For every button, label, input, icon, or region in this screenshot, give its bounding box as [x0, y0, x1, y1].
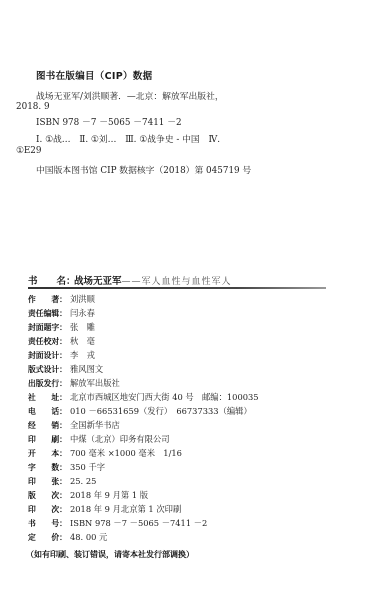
colophon-row-address: 社 址：北京市西城区地安门西大街 40 号 邮编：100035	[28, 391, 259, 403]
colophon-row-proofreader: 责任校对：秋 毫	[28, 335, 95, 347]
colophon-row-edition: 版 次：2018 年 9 月第 1 版	[28, 489, 148, 501]
colophon-row-sheets: 印 张：25. 25	[28, 475, 96, 487]
cip-line-subjects: Ⅰ. ①战… Ⅱ. ①刘… Ⅲ. ①战争史 - 中国 Ⅳ.	[36, 132, 220, 145]
colophon-row-distributor: 经 销：全国新华书店	[28, 419, 120, 431]
colophon-row-printing: 印 次：2018 年 9 月北京第 1 次印刷	[28, 503, 181, 515]
colophon-row-word-count: 字 数：350 千字	[28, 461, 105, 473]
title-divider	[28, 287, 326, 289]
colophon-row-cover-design: 封面设计：李 戎	[28, 349, 95, 361]
colophon-row-publisher: 出版发行：解放军出版社	[28, 377, 120, 389]
cip-line-date: 2018. 9	[16, 102, 50, 112]
colophon-row-isbn: 书 号：ISBN 978 －7 －5065 －7411 －2	[28, 517, 207, 529]
book-title-row: 书 名：战场无亚军——军人血性与血性军人	[28, 273, 232, 287]
colophon-row-author: 作 著：刘洪顺	[28, 293, 95, 305]
book-title-subtitle: ——军人血性与血性军人	[122, 277, 232, 287]
cip-title: 图书在版编目（CIP）数据	[36, 68, 152, 82]
book-title-main: 战场无亚军	[74, 276, 122, 287]
cip-line-isbn: ISBN 978 －7 －5065 －7411 －2	[36, 115, 182, 128]
colophon-row-format: 开 本：700 毫米 ×1000 毫米 1/16	[28, 447, 182, 459]
colophon-row-phone: 电 话：010 －66531659（发行） 66737333（编辑）	[28, 405, 252, 417]
cip-line-classification: ①E29	[16, 146, 42, 156]
cip-line-author: 战场无亚军/刘洪顺著．—北京：解放军出版社，	[36, 89, 224, 102]
colophon-row-editor: 责任编辑：闫永春	[28, 307, 95, 319]
cip-line-record-number: 中国版本图书馆 CIP 数据核字（2018）第 045719 号	[36, 163, 251, 176]
colophon-row-layout-design: 版式设计：雅风图文	[28, 363, 103, 375]
colophon-row-cover-calligraphy: 封面题字：张 雕	[28, 321, 95, 333]
book-title-label: 书 名：	[28, 273, 74, 287]
colophon-row-price: 定 价：48. 00 元	[28, 531, 107, 543]
colophon-row-printer: 印 刷：中煤（北京）印务有限公司	[28, 433, 170, 445]
misprint-notice: （如有印刷、装订错误，请寄本社发行部调换）	[26, 549, 194, 560]
